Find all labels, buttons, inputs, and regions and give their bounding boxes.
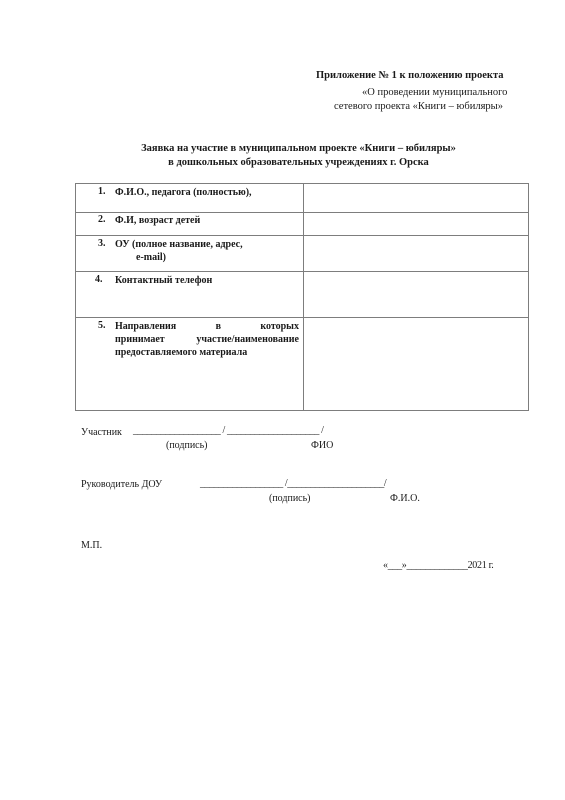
row-number: 3.	[98, 238, 106, 249]
participant-label: Участник	[81, 427, 122, 438]
signature-caption: (подпись)	[166, 440, 208, 451]
row-number: 2.	[98, 214, 106, 225]
application-form-table: 1. Ф.И.О., педагога (полностью), 2. Ф.И,…	[75, 183, 529, 411]
appendix-line-2: «О проведении муниципального	[362, 87, 507, 98]
participant-signature-line[interactable]: ___________________ / __________________…	[133, 425, 323, 436]
participation-direction-field[interactable]	[304, 318, 528, 410]
name-caption: Ф.И.О.	[390, 493, 420, 504]
stamp-placeholder: М.П.	[81, 540, 102, 551]
title-line-1: Заявка на участие в муниципальном проект…	[0, 143, 565, 154]
row-label: Ф.И, возраст детей	[115, 214, 200, 227]
row-label-line-1: Направлениявкоторых	[115, 320, 299, 333]
row-label: Контактный телефон	[115, 274, 212, 287]
name-caption: ФИО	[311, 440, 333, 451]
date-line[interactable]: «___»_____________2021 г.	[383, 560, 493, 571]
title-line-2: в дошкольных образовательных учреждениях…	[0, 157, 565, 168]
head-label: Руководитель ДОУ	[81, 479, 162, 490]
children-age-field[interactable]	[304, 213, 528, 235]
appendix-line-1: Приложение № 1 к положению проекта	[316, 70, 504, 81]
row-label-continued: e-mail)	[136, 251, 166, 264]
row-label: ОУ (полное название, адрес,	[115, 238, 243, 251]
row-label: Направлениявкоторых принимаетучастие/наи…	[115, 320, 299, 359]
teacher-name-field[interactable]	[304, 184, 528, 212]
head-signature-line[interactable]: __________________ /____________________…	[200, 478, 386, 489]
organization-field[interactable]	[304, 236, 528, 271]
phone-field[interactable]	[304, 272, 528, 317]
row-number: 1.	[98, 186, 106, 197]
row-number: 4.	[95, 274, 103, 285]
row-label-line-3: предоставляемого материала	[115, 346, 299, 359]
row-label: Ф.И.О., педагога (полностью),	[115, 186, 252, 199]
appendix-line-3: сетевого проекта «Книги – юбиляры»	[334, 101, 503, 112]
row-label-line-2: принимаетучастие/наименование	[115, 333, 299, 346]
row-number: 5.	[98, 320, 106, 331]
signature-caption: (подпись)	[269, 493, 311, 504]
